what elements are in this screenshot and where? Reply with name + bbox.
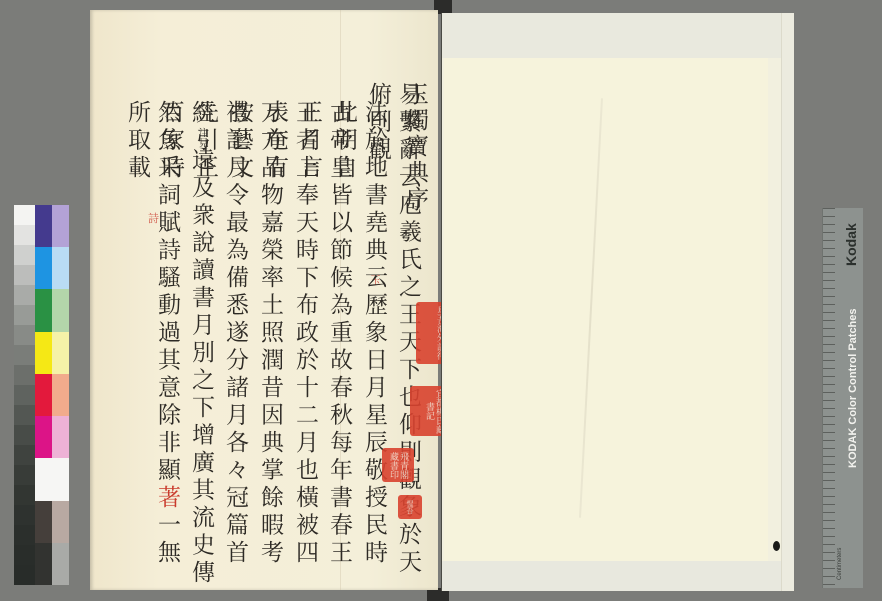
gray-step [14,345,35,365]
protective-tissue-top [442,13,782,58]
gray-step [14,565,35,585]
gray-step [14,405,35,425]
patch-row [35,416,69,458]
patch-row [35,247,69,289]
patch-row [35,205,69,247]
color-patch [35,501,52,543]
gray-step [14,205,35,225]
gray-step [14,265,35,285]
left-page: 玉燭寶典序 易繫辭云庖羲氏之王天下也仰則觀象於天俯則觀 玉 法於地書堯典云歷象日… [90,10,438,590]
gray-step [14,325,35,345]
color-patch [52,458,69,500]
patch-row [35,289,69,331]
seal-4: 惺吾 [398,495,422,519]
color-patch [35,543,52,585]
color-patch [35,205,52,247]
gray-step [14,365,35,385]
annotation-note: 注見 [196,128,207,148]
patch-row [35,332,69,374]
gray-step [14,545,35,565]
color-patch [52,205,69,247]
ruler-units: Centimeters [837,548,843,580]
protective-tissue-bottom [442,561,782,591]
red-character: 著 [154,485,180,513]
color-patch [35,416,52,458]
color-patch [35,289,52,331]
color-patch [52,416,69,458]
color-patch [52,543,69,585]
binding-hole [773,541,780,551]
color-patch [52,332,69,374]
gray-step [14,385,35,405]
gray-step [14,285,35,305]
gray-step [14,525,35,545]
color-patch [35,374,52,416]
gray-step [14,225,35,245]
grayscale-steps [14,205,35,585]
patch-row [35,543,69,585]
color-patch [52,289,69,331]
kodak-color-ruler: Kodak KODAK Color Control Patches Centim… [822,208,863,588]
ruler-label: KODAK Color Control Patches [847,308,859,468]
gray-step [14,245,35,265]
patch-row [35,501,69,543]
seal-3: 飛青閣藏書印 [382,448,414,482]
color-patch [35,332,52,374]
color-patch [35,458,52,500]
color-patch [52,374,69,416]
color-patch [52,247,69,289]
gray-step [14,465,35,485]
gray-step [14,505,35,525]
column-9-text: 然魚采詞賦詩騷動過其意除非顯 [154,100,180,485]
blank-leaf [444,58,768,561]
gray-step [14,305,35,325]
text-column-9: 然魚采詞賦詩騷動過其意除非顯著一無所取載 [122,100,182,590]
right-page [441,13,794,591]
color-patch [52,501,69,543]
patch-row [35,458,69,500]
marginal-red-mark-2: 詩 [148,210,159,226]
gray-step [14,485,35,505]
column-8-first-char: 經 [188,100,214,128]
gray-step [14,445,35,465]
kodak-brand: Kodak [843,223,859,266]
patch-row [35,374,69,416]
page-edge [781,13,794,591]
gray-step [14,425,35,445]
color-patch [35,247,52,289]
color-calibration-strip [14,205,69,585]
ruler-ticks [823,208,835,588]
color-patches [35,205,69,585]
